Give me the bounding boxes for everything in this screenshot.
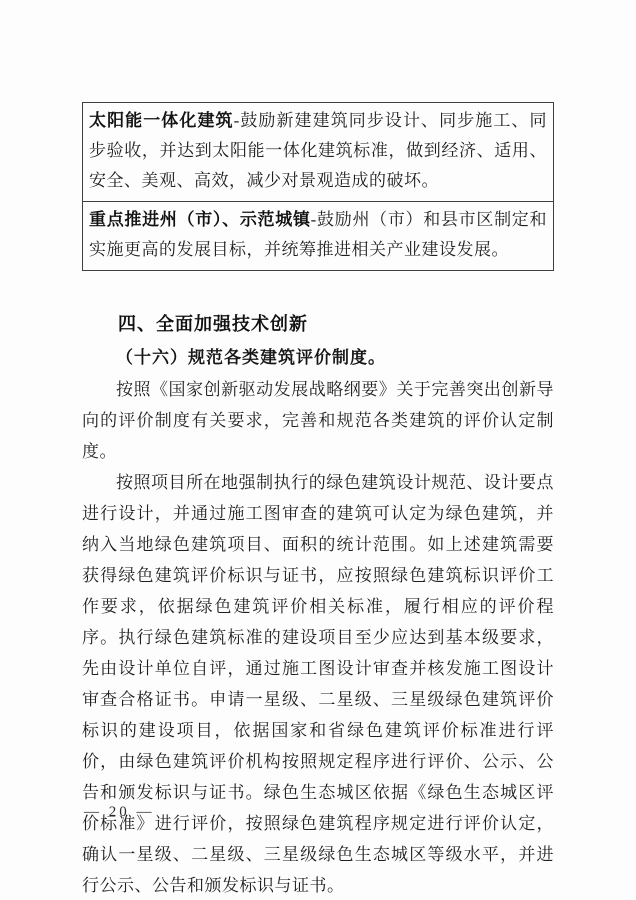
page-number: — 20 — [84, 804, 155, 821]
section-heading: 四、全面加强技术创新 [82, 308, 554, 340]
table-row-key-promotion-cities: 重点推进州（市）、示范城镇-鼓励州（市）和县市区制定和实施更高的发展目标，并统筹… [83, 202, 553, 270]
policy-definition-table: 太阳能一体化建筑-鼓励新建建筑同步设计、同步施工、同步验收，并达到太阳能一体化建… [82, 102, 554, 271]
document-page: 太阳能一体化建筑-鼓励新建建筑同步设计、同步施工、同步验收，并达到太阳能一体化建… [0, 0, 636, 900]
table-term: 太阳能一体化建筑 [89, 111, 234, 130]
subsection-heading: （十六）规范各类建筑评价制度。 [82, 342, 554, 374]
body-paragraph: 按照《国家创新驱动发展战略纲要》关于完善突出创新导向的评价制度有关要求，完善和规… [82, 374, 554, 467]
body-paragraph: 按照项目所在地强制执行的绿色建筑设计规范、设计要点进行设计，并通过施工图审查的建… [82, 467, 554, 900]
table-term: 重点推进州（市）、示范城镇 [89, 210, 311, 229]
table-row-solar-integrated-building: 太阳能一体化建筑-鼓励新建建筑同步设计、同步施工、同步验收，并达到太阳能一体化建… [83, 103, 553, 202]
